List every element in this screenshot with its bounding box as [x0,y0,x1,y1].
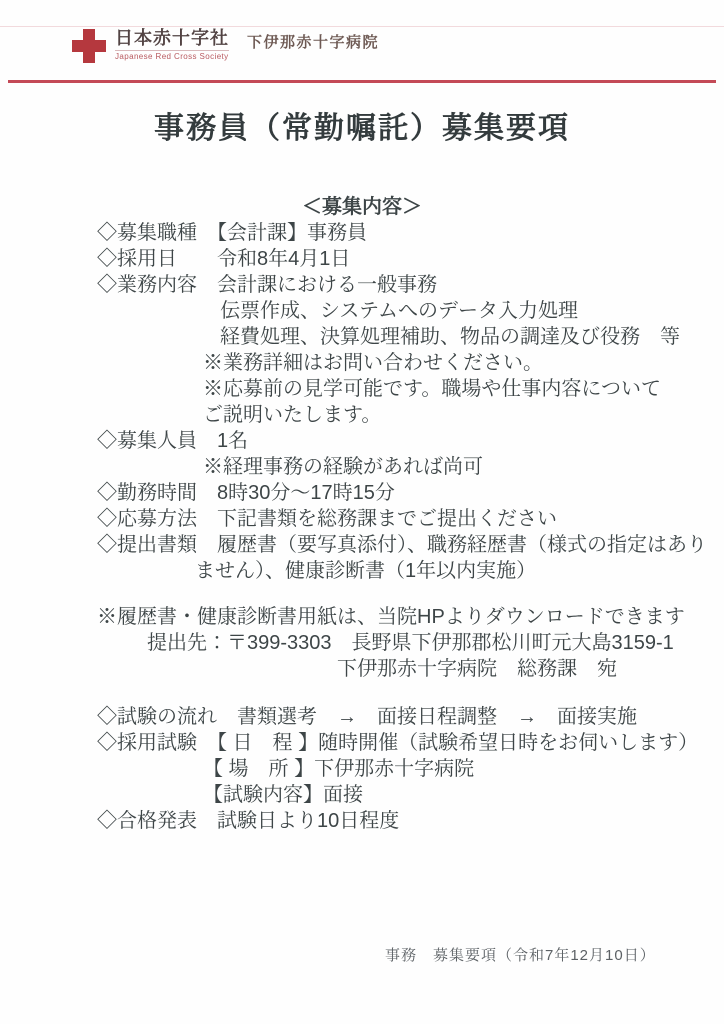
document-line: ◇募集人員 1名 [97,428,704,454]
document-line: ◇採用日 令和8年4月1日 [97,246,704,272]
footer-note: 事務 募集要項（令和7年12月10日） [385,944,656,965]
document-line: ◇合格発表 試験日より10日程度 [97,808,704,834]
red-divider-line [8,80,716,83]
document-line: ◇提出書類 履歴書（要写真添付）、職務経歴書（様式の指定はあり [97,532,704,558]
document-line: ※応募前の見学可能です。職場や仕事内容について [203,376,704,402]
document-line: ※業務詳細はお問い合わせください。 [203,350,704,376]
document-line: ※履歴書・健康診断書用紙は、当院HPよりダウンロードできます [97,604,704,630]
document-line: 伝票作成、システムへのデータ入力処理 [220,298,704,324]
organization-subtitle: Japanese Red Cross Society [115,50,229,61]
scan-artifact-line [0,26,724,27]
hospital-name: 下伊那赤十字病院 [247,31,379,52]
document-header: 日本赤十字社 Japanese Red Cross Society 下伊那赤十字… [72,28,724,66]
document-line: 下伊那赤十字病院 総務課 宛 [337,656,704,682]
document-line: 経費処理、決算処理補助、物品の調達及び役務 等 [220,324,704,350]
document-line: ◇試験の流れ 書類選考 → 面接日程調整 → 面接実施 [97,704,704,730]
section-heading: ＜募集内容＞ [97,194,704,220]
document-line: 【試験内容】面接 [203,782,704,808]
organization-name: 日本赤十字社 [115,28,229,48]
red-cross-icon [72,29,106,63]
document-line: ご説明いたします。 [203,402,704,428]
document-line: ◇募集職種 【会計課】事務員 [97,220,704,246]
document-line: ◇応募方法 下記書類を総務課までご提出ください [97,506,704,532]
scanned-document-page: 日本赤十字社 Japanese Red Cross Society 下伊那赤十字… [0,0,724,1024]
document-line: ◇業務内容 会計課における一般事務 [97,272,704,298]
document-body: ＜募集内容＞ ◇募集職種 【会計課】事務員 ◇採用日 令和8年4月1日 ◇業務内… [0,194,724,834]
document-line: ◇勤務時間 8時30分～17時15分 [97,480,704,506]
document-line: ◇採用試験 【 日 程 】随時開催（試験希望日時をお伺いします） [97,730,704,756]
document-line: 提出先：〒399-3303 長野県下伊那郡松川町元大島3159-1 [147,630,704,656]
document-title: 事務員（常勤嘱託）募集要項 [0,110,724,148]
document-line: ※経理事務の経験があれば尚可 [203,454,704,480]
organization-block: 日本赤十字社 Japanese Red Cross Society [115,28,229,61]
document-line: 【 場 所 】下伊那赤十字病院 [203,756,704,782]
document-line: ません）、健康診断書（1年以内実施） [195,558,704,584]
